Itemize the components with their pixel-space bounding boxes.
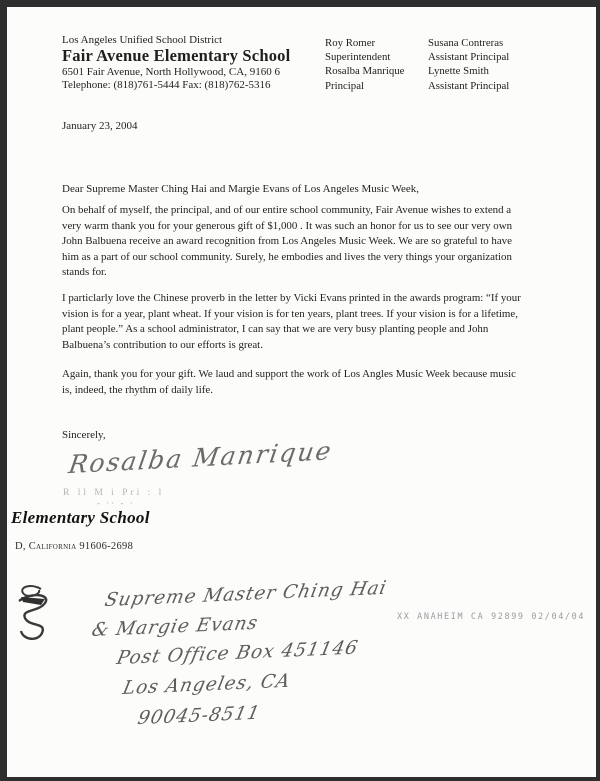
paragraph-line: Balbuena’s contribution to our efforts i… [62,338,521,354]
body-paragraph-1: On behalf of myself, the principal, and … [62,203,512,281]
official-title: Principal [325,79,404,93]
paragraph-line: stands for. [62,265,512,281]
postmark-text: XX ANAHEIM CA 92899 02/04/04 [397,612,585,622]
paragraph-line: Again, thank you for your gift. We laud … [62,367,516,383]
envelope-address-line: Los Angeles, CA [121,671,293,700]
closing: Sincerely, [62,429,106,441]
officials-column-2: Susana Contreras Assistant Principal Lyn… [428,36,509,93]
letterhead-fragment-address: D, California 91606-2698 [15,541,133,552]
ink-scribble [11,581,59,662]
body-paragraph-2: I particlarly love the Chinese proverb i… [62,291,521,353]
school-phone-fax: Telephone: (818)761-5444 Fax: (818)762-5… [62,79,271,93]
scribble-icon [11,581,59,657]
paragraph-line: vision is for a year, plant wheat. If yo… [62,307,521,323]
official-name: Susana Contreras [428,36,509,50]
district-name: Los Angeles Unified School District [62,34,222,46]
envelope-address-line: & Margie Evans [90,613,260,641]
salutation: Dear Supreme Master Ching Hai and Margie… [62,183,419,195]
envelope-address-line: Post Office Box 451146 [115,637,360,669]
paragraph-line: plant people.” As a school administrator… [62,322,521,338]
official-title: Assistant Principal [428,79,509,93]
paragraph-line: I particlarly love the Chinese proverb i… [62,291,521,307]
letterhead-fragment-school: Elementary School [11,508,150,528]
paragraph-line: John Balbuena receive an award recogniti… [62,234,512,250]
scan-frame: Los Angeles Unified School District Fair… [0,0,600,781]
signature-typed-remnant: R ll M i Pri : l [63,488,164,498]
official-title: Assistant Principal [428,50,509,64]
official-title: Superintendent [325,50,404,64]
letter-date: January 23, 2004 [62,120,137,132]
school-name: Fair Avenue Elementary School [62,46,290,66]
paragraph-line: is, indeed, the rhythm of daily life. [62,383,516,399]
paragraph-line: On behalf of myself, the principal, and … [62,203,512,219]
stray-scan-marks: - ·· - · [97,498,135,508]
handwritten-signature: Rosalba Manrique [67,436,335,479]
body-paragraph-3: Again, thank you for your gift. We laud … [62,367,516,398]
official-name: Roy Romer [325,36,404,50]
official-name: Rosalba Manrique [325,64,404,78]
paragraph-line: him as a part of our school community. S… [62,250,512,266]
officials-column-1: Roy Romer Superintendent Rosalba Manriqu… [325,36,404,93]
school-street-address: 6501 Fair Avenue, North Hollywood, CA, 9… [62,66,280,80]
official-name: Lynette Smith [428,64,509,78]
paragraph-line: very warm thank you for your generous gi… [62,219,512,235]
envelope-address-line: 90045-8511 [136,703,262,730]
letter-page: Los Angeles Unified School District Fair… [7,7,596,777]
envelope-address-line: Supreme Master Ching Hai [103,578,389,612]
